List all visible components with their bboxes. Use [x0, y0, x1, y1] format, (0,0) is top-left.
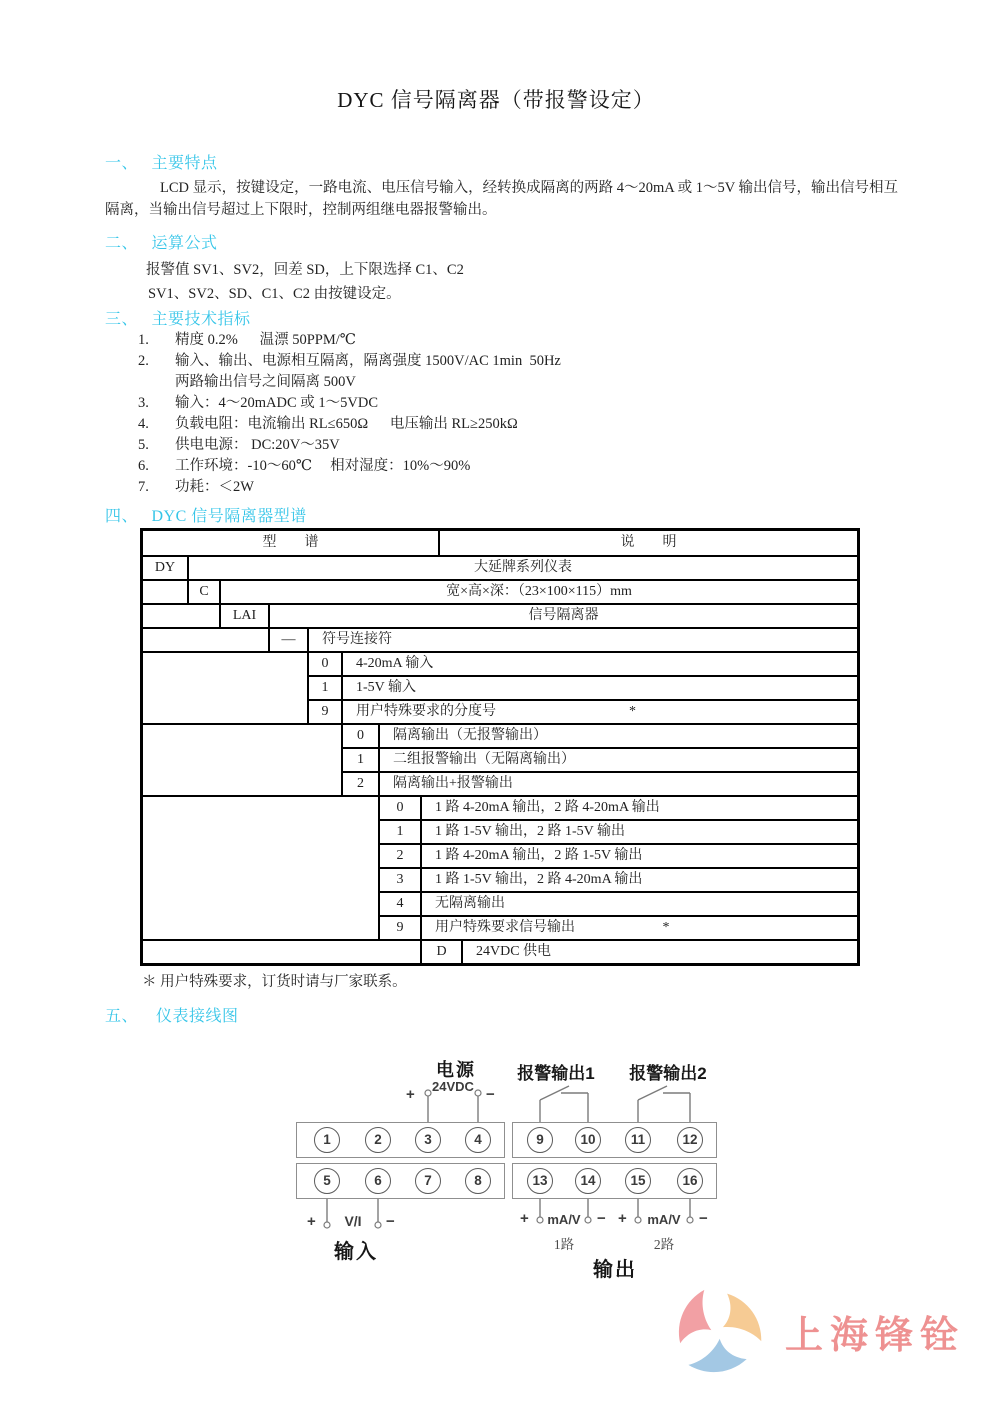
spec-item: 7.功耗：＜2W — [138, 477, 561, 498]
table-row: 0 1 路 4-20mA 输出，2 路 4-20mA 输出 — [380, 797, 857, 819]
model-code: 2 — [343, 773, 378, 795]
table-row-power: D 24VDC 供电 — [143, 941, 857, 963]
table-row-lai: LAI 信号隔离器 — [143, 605, 857, 627]
spec-item: 6.工作环境：-10～60℃ 相对湿度：10%～90% — [138, 456, 561, 477]
table-row: 9 用户特殊要求的分度号 * — [309, 701, 857, 723]
output-label: 输出 — [580, 1253, 650, 1282]
model-code: 1 — [380, 821, 420, 843]
output2-minus-sign: − — [699, 1210, 708, 1227]
table-row: 2 1 路 4-20mA 输出，2 路 1-5V 输出 — [380, 845, 857, 867]
input-label: 输入 — [321, 1235, 391, 1264]
table-row: 3 1 路 1-5V 输出，2 路 4-20mA 输出 — [380, 869, 857, 891]
table-row: 0 隔离输出（无报警输出） — [343, 725, 857, 747]
model-desc: 大延牌系列仪表 — [189, 557, 857, 579]
model-code: LAI — [221, 605, 268, 627]
output2-plus-sign: + — [618, 1210, 627, 1227]
model-code: DY — [143, 557, 187, 579]
model-desc: 用户特殊要求的分度号 * — [343, 701, 857, 723]
table-band-input-codes: 0 4-20mA 输入 1 1-5V 输入 9 用户特殊要求的分度号 * — [143, 653, 857, 723]
model-code: 4 — [380, 893, 420, 915]
table-band-function-codes: 0 隔离输出（无报警输出） 1 二组报警输出（无隔离输出） 2 隔离输出+报警输… — [143, 725, 857, 795]
power-plus-sign: + — [406, 1086, 415, 1103]
terminal-14: 14 — [575, 1168, 601, 1194]
document-page: DYC 信号隔离器（带报警设定） 一、 主要特点 LCD 显示，按键设定，一路电… — [0, 0, 992, 1403]
output1-route-label: 1路 — [544, 1233, 584, 1253]
model-code: 9 — [309, 701, 341, 723]
table-band-output-codes: 0 1 路 4-20mA 输出，2 路 4-20mA 输出 1 1 路 1-5V… — [143, 797, 857, 939]
terminal-12: 12 — [677, 1127, 703, 1153]
spec-item-text: 负载电阻：电流输出 RL≤650Ω 电压输出 RL≥250kΩ — [175, 414, 518, 435]
spec-item-text: 功耗：＜2W — [175, 477, 254, 498]
model-desc: 信号隔离器 — [270, 605, 857, 627]
spec-item-number: 6. — [138, 456, 175, 477]
terminal-8: 8 — [465, 1168, 491, 1194]
blank-cell — [143, 581, 187, 603]
section-heading-formula: 二、 运算公式 — [105, 230, 218, 253]
output1-signal-label: mA/V — [544, 1212, 584, 1227]
document-title: DYC 信号隔离器（带报警设定） — [0, 84, 992, 114]
alarm-output-1-label: 报警输出1 — [491, 1059, 621, 1084]
terminal-3: 3 — [415, 1127, 441, 1153]
model-desc: 无隔离输出 — [422, 893, 857, 915]
spec-item-number: 2. — [138, 351, 175, 372]
blank-cell — [143, 605, 219, 627]
table-row-c: C 宽×高×深：（23×100×115）mm — [143, 581, 857, 603]
model-code: 3 — [380, 869, 420, 891]
spec-item-text: 供电电源： DC:20V～35V — [175, 435, 340, 456]
model-code: C — [189, 581, 219, 603]
model-desc: 1-5V 输入 — [343, 677, 857, 699]
spec-item-text: 工作环境：-10～60℃ 相对湿度：10%～90% — [175, 456, 470, 477]
model-desc: 隔离输出+报警输出 — [380, 773, 857, 795]
table-header-row: 型 谱 说 明 — [143, 531, 857, 555]
spec-item-text: 精度 0.2% 温漂 50PPM/℃ — [175, 330, 356, 351]
formula-line-2: SV1、SV2、SD、C1、C2 由按键设定。 — [148, 282, 401, 303]
terminal-4: 4 — [465, 1127, 491, 1153]
terminal-7: 7 — [415, 1168, 441, 1194]
terminal-9: 9 — [527, 1127, 553, 1153]
terminal-16: 16 — [677, 1168, 703, 1194]
terminal-1: 1 — [314, 1127, 340, 1153]
model-code: 0 — [343, 725, 378, 747]
model-desc: 1 路 4-20mA 输出，2 路 1-5V 输出 — [422, 845, 857, 867]
spec-item: 4.负载电阻：电流输出 RL≤650Ω 电压输出 RL≥250kΩ — [138, 414, 561, 435]
spec-item-text: 输入：4～20mADC 或 1～5VDC — [175, 393, 378, 414]
terminal-2: 2 — [365, 1127, 391, 1153]
spec-item: 3.输入：4～20mADC 或 1～5VDC — [138, 393, 561, 414]
section-heading-specs: 三、 主要技术指标 — [105, 306, 251, 329]
wiring-diagram: 电源 报警输出1 报警输出2 + 24VDC − 1 2 3 4 9 10 11… — [285, 1055, 725, 1287]
model-desc: 1 路 1-5V 输出，2 路 1-5V 输出 — [422, 821, 857, 843]
model-code: 0 — [309, 653, 341, 675]
model-code: D — [422, 941, 461, 963]
model-desc: 24VDC 供电 — [463, 941, 857, 963]
model-desc: 隔离输出（无报警输出） — [380, 725, 857, 747]
spec-item: 1.精度 0.2% 温漂 50PPM/℃ — [138, 330, 561, 351]
section-heading-model-table: 四、 DYC 信号隔离器型谱 — [105, 503, 307, 526]
terminal-13: 13 — [527, 1168, 553, 1194]
output1-minus-sign: − — [597, 1210, 606, 1227]
spec-item-number: 7. — [138, 477, 175, 498]
model-code: 9 — [380, 917, 420, 939]
spec-item-number: 5. — [138, 435, 175, 456]
output1-plus-sign: + — [520, 1210, 529, 1227]
blank-cell — [143, 797, 378, 939]
blank-cell — [143, 941, 420, 963]
input-signal-label: V/I — [334, 1213, 372, 1229]
alarm-output-2-label: 报警输出2 — [603, 1059, 733, 1084]
model-desc: 宽×高×深：（23×100×115）mm — [221, 581, 857, 603]
terminal-15: 15 — [625, 1168, 651, 1194]
input-plus-sign: + — [307, 1213, 316, 1230]
table-row: 0 4-20mA 输入 — [309, 653, 857, 675]
table-row-dy: DY 大延牌系列仪表 — [143, 557, 857, 579]
terminal-10: 10 — [575, 1127, 601, 1153]
model-desc: 符号连接符 — [309, 629, 857, 651]
model-desc: 二组报警输出（无隔离输出） — [380, 749, 857, 771]
model-code: — — [270, 629, 307, 651]
model-desc: 1 路 1-5V 输出，2 路 4-20mA 输出 — [422, 869, 857, 891]
model-code: 0 — [380, 797, 420, 819]
section-heading-wiring: 五、 仪表接线图 — [105, 1003, 239, 1026]
blank-cell — [143, 653, 307, 723]
company-name: 上海锋铨 — [785, 1304, 965, 1359]
model-code: 2 — [380, 845, 420, 867]
input-minus-sign: − — [386, 1213, 395, 1230]
table-row: 1 1 路 1-5V 输出，2 路 1-5V 输出 — [380, 821, 857, 843]
specs-list: 1.精度 0.2% 温漂 50PPM/℃ 2.输入、输出、电源相互隔离，隔离强度… — [138, 330, 561, 498]
terminal-5: 5 — [314, 1168, 340, 1194]
formula-line-1: 报警值 SV1、SV2，回差 SD，上下限选择 C1、C2 — [146, 258, 464, 279]
table-header-model: 型 谱 — [143, 531, 438, 555]
blank-cell — [143, 725, 341, 795]
spec-item: 5.供电电源： DC:20V～35V — [138, 435, 561, 456]
table-row: 1 二组报警输出（无隔离输出） — [343, 749, 857, 771]
company-logo: 上海锋铨 — [650, 1272, 980, 1387]
pinwheel-logo-icon — [668, 1282, 768, 1382]
table-row: 1 1-5V 输入 — [309, 677, 857, 699]
table-row: 2 隔离输出+报警输出 — [343, 773, 857, 795]
terminal-6: 6 — [365, 1168, 391, 1194]
power-voltage-label: 24VDC — [431, 1079, 475, 1094]
table-header-description: 说 明 — [440, 531, 857, 555]
features-paragraph: LCD 显示，按键设定，一路电流、电压信号输入，经转换成隔离的两路 4～20mA… — [105, 177, 900, 221]
model-desc: 1 路 4-20mA 输出，2 路 4-20mA 输出 — [422, 797, 857, 819]
model-desc: 用户特殊要求信号输出 * — [422, 917, 857, 939]
spec-item-text: 输入、输出、电源相互隔离，隔离强度 1500V/AC 1min 50Hz — [175, 351, 561, 372]
table-row-dash: — 符号连接符 — [143, 629, 857, 651]
spec-item-number: 3. — [138, 393, 175, 414]
model-code: 1 — [343, 749, 378, 771]
spec-item-continuation: 两路输出信号之间隔离 500V — [138, 372, 561, 393]
model-spectrum-table: 型 谱 说 明 DY 大延牌系列仪表 C 宽×高×深：（23×100×115）m… — [140, 528, 860, 966]
spec-item-number: 1. — [138, 330, 175, 351]
table-row: 4 无隔离输出 — [380, 893, 857, 915]
section-heading-features: 一、 主要特点 — [105, 150, 218, 173]
terminal-11: 11 — [625, 1127, 651, 1153]
output2-signal-label: mA/V — [644, 1212, 684, 1227]
power-minus-sign: − — [486, 1086, 495, 1103]
blank-cell — [143, 629, 268, 651]
table-row: 9 用户特殊要求信号输出 * — [380, 917, 857, 939]
model-code: 1 — [309, 677, 341, 699]
spec-item: 2.输入、输出、电源相互隔离，隔离强度 1500V/AC 1min 50Hz — [138, 351, 561, 372]
model-desc: 4-20mA 输入 — [343, 653, 857, 675]
spec-item-number: 4. — [138, 414, 175, 435]
table-footnote: ＊ 用户特殊要求，订货时请与厂家联系。 — [142, 970, 407, 991]
output2-route-label: 2路 — [644, 1233, 684, 1253]
